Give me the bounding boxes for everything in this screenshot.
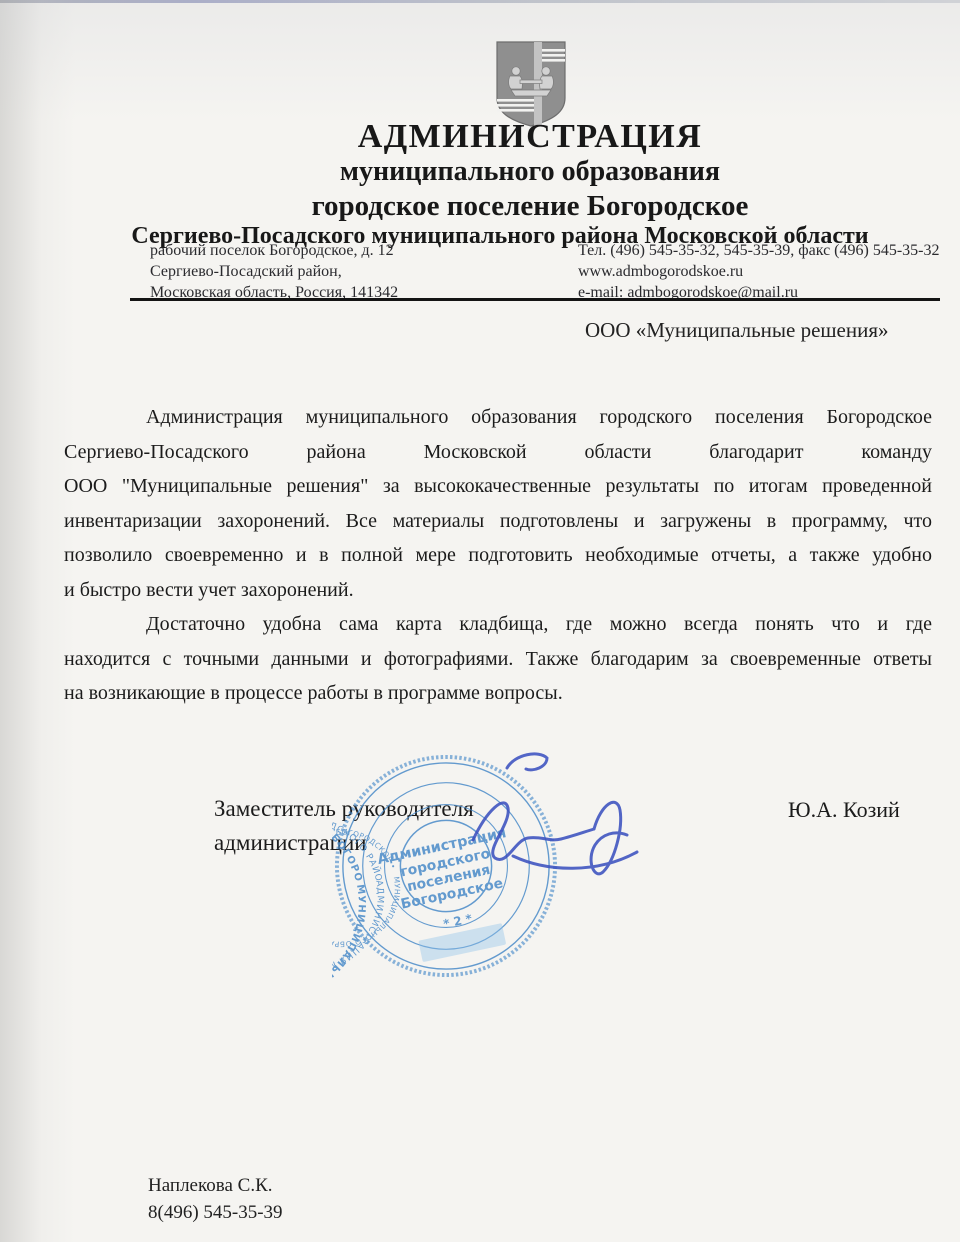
body-line: Сергиево-Посадского района Московской об… [64,435,932,470]
body-line: позволило своевременно и в полной мере п… [64,538,932,573]
org-subtitle-1: муниципального образования [100,156,960,188]
executor-phone: 8(496) 545-35-39 [148,1199,283,1226]
contact-block: Тел. (496) 545-35-32, 545-35-39, факс (4… [578,240,943,303]
body-line: находится с точными данными и фотография… [64,642,932,677]
postal-address-block: рабочий поселок Богородское, д. 12 Серги… [150,240,550,303]
org-subtitle-2: городское поселение Богородское [100,188,960,224]
letter-body: Администрация муниципального образования… [64,400,932,711]
body-line: ООО "Муниципальные решения" за высококач… [64,469,932,504]
org-title: АДМИНИСТРАЦИЯ [100,118,960,156]
body-line: и быстро вести учет захоронений. [64,573,932,608]
body-line: Администрация муниципального образования… [64,400,932,435]
signer-name: Ю.А. Козий [788,797,900,823]
phone-line: Тел. (496) 545-35-32, 545-35-39, факс (4… [578,240,943,261]
letterhead-divider [130,298,940,301]
website-line: www.admbogorodskoe.ru [578,261,943,282]
recipient-line: ООО «Муниципальные решения» [585,318,945,343]
handwritten-signature [455,742,655,882]
executor-name: Наплекова С.К. [148,1172,283,1199]
executor-block: Наплекова С.К. 8(496) 545-35-39 [148,1172,283,1226]
coat-of-arms-icon [493,40,569,128]
scanned-letter-page: АДМИНИСТРАЦИЯ муниципального образования… [0,0,960,1242]
address-line: Сергиево-Посадский район, [150,261,550,282]
body-line: Достаточно удобна сама карта кладбища, г… [64,607,932,642]
body-line: инвентаризации захоронений. Все материал… [64,504,932,539]
scan-top-shading [0,0,960,120]
stamp-number: * 2 * [442,911,473,931]
address-line: рабочий поселок Богородское, д. 12 [150,240,550,261]
stamp-bottom-highlight [418,923,506,962]
body-line: на возникающие в процессе работы в прогр… [64,676,932,711]
